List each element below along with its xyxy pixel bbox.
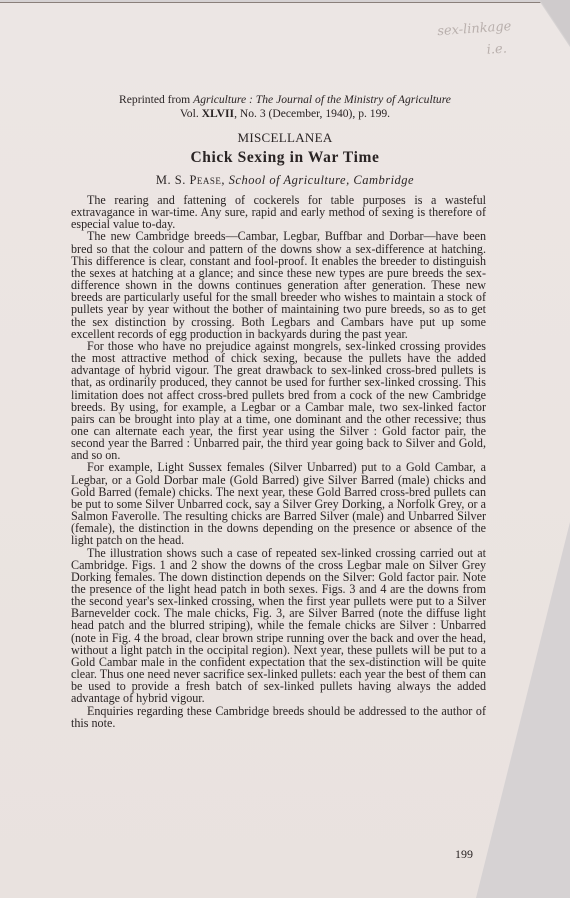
- author-surname: Pease: [189, 173, 221, 187]
- reprint-notice: Reprinted from Agriculture : The Journal…: [0, 93, 570, 107]
- author-line: M. S. Pease, School of Agriculture, Camb…: [0, 173, 570, 188]
- document-page: sex-linkage i.e. Reprinted from Agricult…: [0, 2, 570, 898]
- page-number: 199: [455, 847, 473, 862]
- author-initials: M. S.: [156, 173, 190, 187]
- journal-name: Agriculture : The Journal of the Ministr…: [193, 93, 451, 106]
- reprint-prefix: Reprinted from: [119, 93, 193, 106]
- vol-prefix: Vol.: [180, 107, 202, 120]
- handwritten-annotation: sex-linkage i.e.: [437, 13, 560, 65]
- author-affiliation: School of Agriculture, Cambridge: [229, 173, 414, 187]
- paragraph: The illustration shows such a case of re…: [71, 547, 486, 705]
- issue-details: , No. 3 (December, 1940), p. 199.: [234, 107, 390, 120]
- paragraph: For those who have no prejudice against …: [71, 340, 486, 462]
- paragraph: The new Cambridge breeds—Cambar, Legbar,…: [71, 230, 486, 339]
- paragraph: The rearing and fattening of cockerels f…: [71, 194, 486, 230]
- author-separator: ,: [221, 173, 228, 187]
- volume-citation: Vol. XLVII, No. 3 (December, 1940), p. 1…: [0, 107, 570, 121]
- section-heading: MISCELLANEA: [0, 130, 570, 146]
- paragraph: For example, Light Sussex females (Silve…: [71, 461, 486, 546]
- article-body: The rearing and fattening of cockerels f…: [71, 194, 486, 729]
- article-title: Chick Sexing in War Time: [0, 149, 570, 167]
- paragraph: Enquiries regarding these Cambridge bree…: [71, 705, 486, 729]
- volume-number: XLVII: [202, 107, 234, 120]
